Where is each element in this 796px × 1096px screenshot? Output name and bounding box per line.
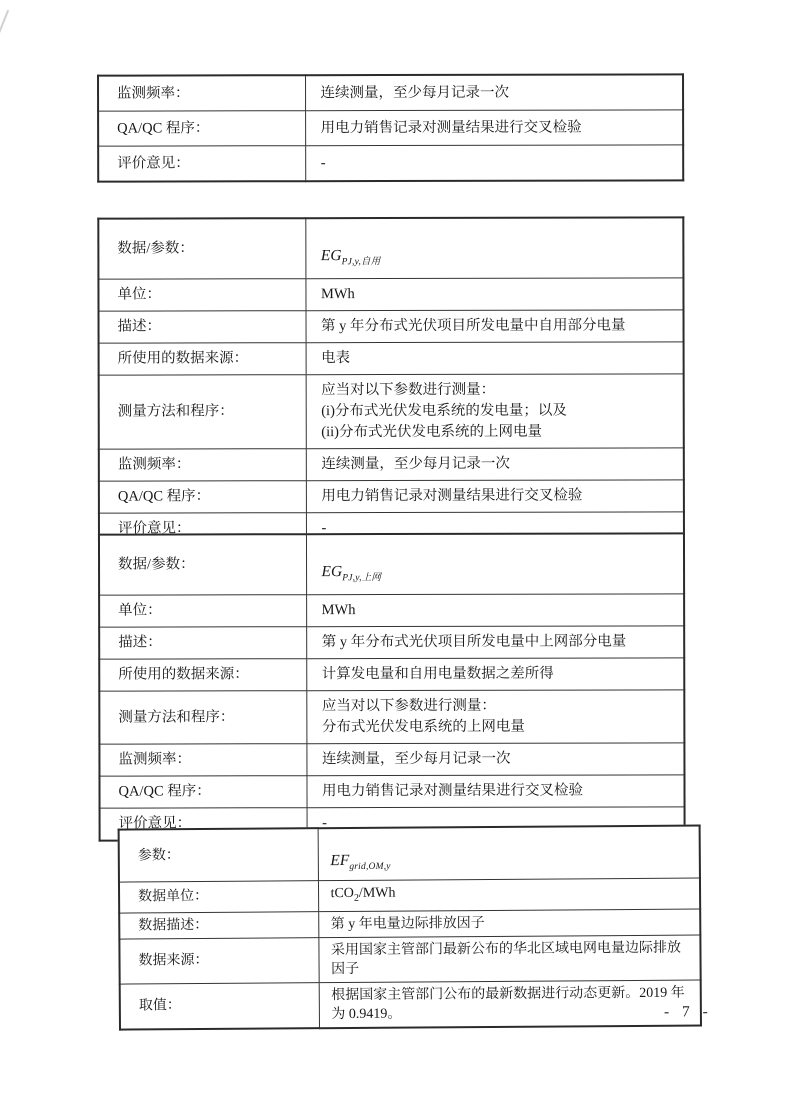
row-value: 应当对以下参数进行测量： (i)分布式光伏发电系统的发电量；以及 (ii)分布式… — [306, 374, 684, 449]
table-row: 数据/参数： EGPJ,y,自用 — [98, 217, 683, 279]
table-row: 数据/参数： EGPJ,y,上网 — [99, 533, 684, 595]
unit-suffix: /MWh — [359, 886, 396, 901]
table-row: 监测频率： 连续测量，至少每月记录一次 — [99, 743, 684, 776]
table-row: 数据单位： tCO2/MWh — [119, 878, 700, 913]
row-value: 连续测量，至少每月记录一次 — [306, 448, 684, 481]
row-value: 用电力销售记录对测量结果进行交叉检验 — [306, 775, 684, 808]
unit-value: tCO2/MWh — [318, 878, 700, 911]
row-value: MWh — [305, 278, 683, 311]
row-label: 测量方法和程序： — [99, 691, 306, 744]
row-label: QA/QC 程序： — [98, 111, 305, 146]
formula-subscript: grid,OM,y — [349, 862, 390, 872]
row-label: QA/QC 程序： — [99, 776, 306, 808]
table-row: 所使用的数据来源： 计算发电量和自用电量数据之差所得 — [99, 658, 684, 691]
table-row: 所使用的数据来源： 电表 — [99, 342, 684, 375]
row-value: 计算发电量和自用电量数据之差所得 — [306, 658, 684, 691]
table-row: QA/QC 程序： 用电力销售记录对测量结果进行交叉检验 — [99, 480, 684, 513]
formula-ef-grid: EFgrid,OM,y — [330, 852, 390, 869]
row-label: 单位： — [99, 595, 306, 627]
table-row: 描述： 第 y 年分布式光伏项目所发电量中上网部分电量 — [99, 626, 684, 659]
row-label: 所使用的数据来源： — [99, 343, 306, 375]
table-param-eg-pjy-self-use: 数据/参数： EGPJ,y,自用 单位： MWh 描述： 第 y 年分布式光伏项… — [97, 216, 685, 546]
row-value: 第 y 年分布式光伏项目所发电量中上网部分电量 — [306, 626, 684, 659]
row-label: 所使用的数据来源： — [99, 659, 306, 691]
row-label: QA/QC 程序： — [99, 481, 306, 513]
table-row: 数据来源： 采用国家主管部门最新公布的华北区域电网电量边际排放因子 — [119, 935, 700, 984]
unit-prefix: tCO — [331, 886, 354, 901]
formula-eg-self-use: EGPJ,y,自用 — [321, 247, 381, 264]
row-label: 取值： — [120, 983, 319, 1030]
row-value: 用电力销售记录对测量结果进行交叉检验 — [305, 110, 683, 146]
formula-subscript: PJ,y,上网 — [342, 573, 381, 583]
parameter-formula: EFgrid,OM,y — [318, 826, 700, 881]
parameter-formula: EGPJ,y,自用 — [305, 217, 683, 278]
formula-subscript: PJ,y,自用 — [342, 257, 381, 267]
row-label: 参数： — [119, 828, 318, 882]
row-value: 电表 — [306, 342, 684, 375]
row-label: 单位： — [98, 279, 305, 311]
table-row: 取值： 根据国家主管部门公布的最新数据进行动态更新。2019 年为 0.9419… — [120, 980, 701, 1030]
row-label: 数据/参数： — [99, 534, 306, 595]
table-param-ef-grid-omy: 参数： EFgrid,OM,y 数据单位： tCO2/MWh 数据描述： 第 y… — [118, 825, 702, 1031]
table-row: QA/QC 程序： 用电力销售记录对测量结果进行交叉检验 — [99, 775, 684, 808]
row-value: - — [305, 145, 683, 181]
table-row: QA/QC 程序： 用电力销售记录对测量结果进行交叉检验 — [98, 110, 683, 146]
row-value: 采用国家主管部门最新公布的华北区域电网电量边际排放因子 — [318, 935, 700, 983]
row-label: 监测频率： — [98, 75, 305, 111]
row-value: 连续测量，至少每月记录一次 — [306, 743, 684, 776]
row-value: 用电力销售记录对测量结果进行交叉检验 — [306, 480, 684, 513]
row-value: 连续测量，至少每月记录一次 — [305, 74, 683, 110]
row-value: 第 y 年分布式光伏项目所发电量中自用部分电量 — [306, 310, 684, 343]
table-row: 单位： MWh — [98, 278, 683, 311]
table-row: 评价意见： - — [98, 145, 683, 182]
row-label: 数据来源： — [119, 938, 318, 984]
table-row: 数据描述： 第 y 年电量边际排放因子 — [119, 909, 700, 939]
row-label: 描述： — [99, 627, 306, 659]
row-value: MWh — [306, 594, 684, 627]
row-label: 监测频率： — [99, 449, 306, 481]
row-label: 测量方法和程序： — [99, 375, 306, 449]
row-label: 数据描述： — [119, 912, 318, 939]
formula-base: EG — [322, 563, 343, 580]
row-value: 应当对以下参数进行测量： 分布式光伏发电系统的上网电量 — [306, 690, 684, 744]
table-row: 单位： MWh — [99, 594, 684, 627]
table-row: 测量方法和程序： 应当对以下参数进行测量： (i)分布式光伏发电系统的发电量；以… — [99, 374, 684, 449]
table-row: 监测频率： 连续测量，至少每月记录一次 — [98, 74, 683, 111]
table-row: 测量方法和程序： 应当对以下参数进行测量： 分布式光伏发电系统的上网电量 — [99, 690, 684, 744]
row-label: 描述： — [99, 311, 306, 343]
table-row: 描述： 第 y 年分布式光伏项目所发电量中自用部分电量 — [99, 310, 684, 343]
table-row: 监测频率： 连续测量，至少每月记录一次 — [99, 448, 684, 481]
row-label: 数据单位： — [119, 881, 318, 913]
table-monitoring-frequency-partial: 监测频率： 连续测量，至少每月记录一次 QA/QC 程序： 用电力销售记录对测量… — [97, 73, 684, 182]
row-label: 数据/参数： — [98, 218, 305, 279]
formula-eg-to-grid: EGPJ,y,上网 — [322, 563, 382, 580]
page-number: - 7 - — [664, 1003, 709, 1021]
formula-base: EF — [330, 852, 349, 869]
scanned-page: 监测频率： 连续测量，至少每月记录一次 QA/QC 程序： 用电力销售记录对测量… — [0, 0, 796, 1096]
row-value: 第 y 年电量边际排放因子 — [318, 909, 700, 938]
formula-base: EG — [321, 247, 342, 264]
row-label: 监测频率： — [99, 744, 306, 776]
row-label: 评价意见： — [98, 146, 305, 182]
table-row: 参数： EFgrid,OM,y — [119, 826, 700, 883]
table-param-eg-pjy-to-grid: 数据/参数： EGPJ,y,上网 单位： MWh 描述： 第 y 年分布式光伏项… — [98, 532, 686, 841]
scan-artifact-line — [0, 10, 9, 42]
row-value: 根据国家主管部门公布的最新数据进行动态更新。2019 年为 0.9419。 — [319, 980, 701, 1028]
parameter-formula: EGPJ,y,上网 — [306, 533, 684, 594]
